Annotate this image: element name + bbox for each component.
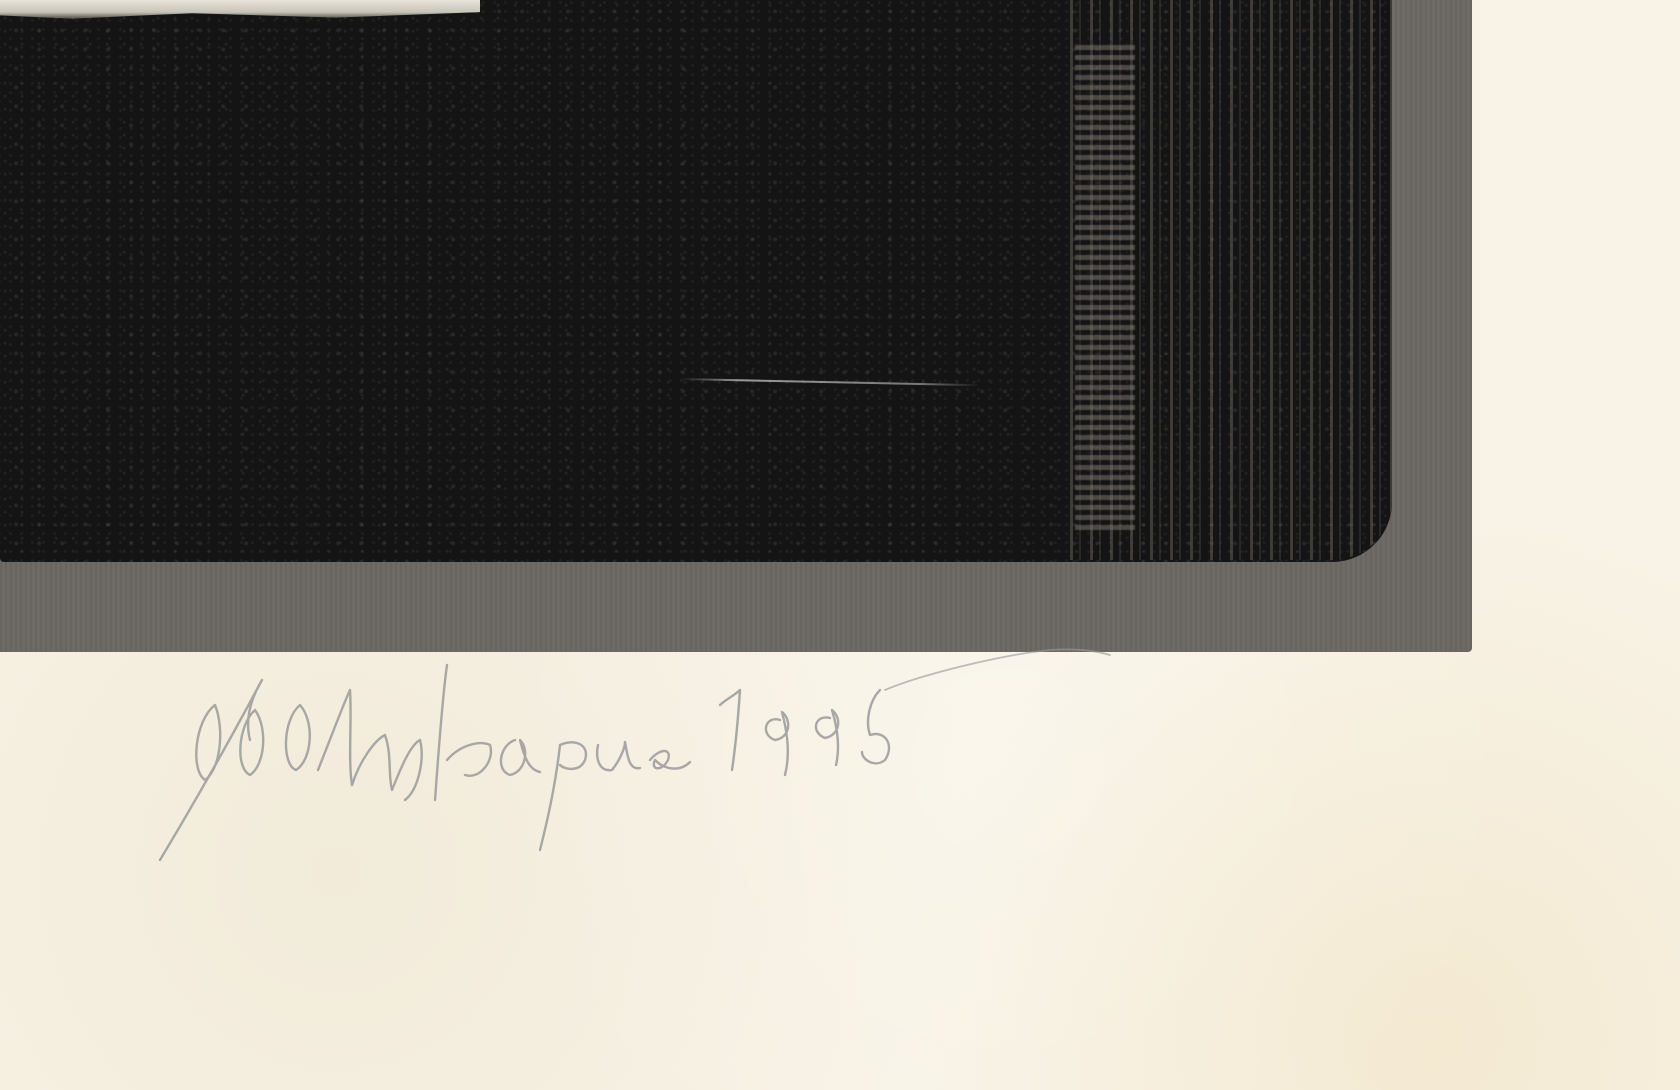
signature-date: 1995 [200,655,203,656]
light-striated-column [1075,40,1135,530]
print-artwork: 1995 [0,0,1680,1090]
